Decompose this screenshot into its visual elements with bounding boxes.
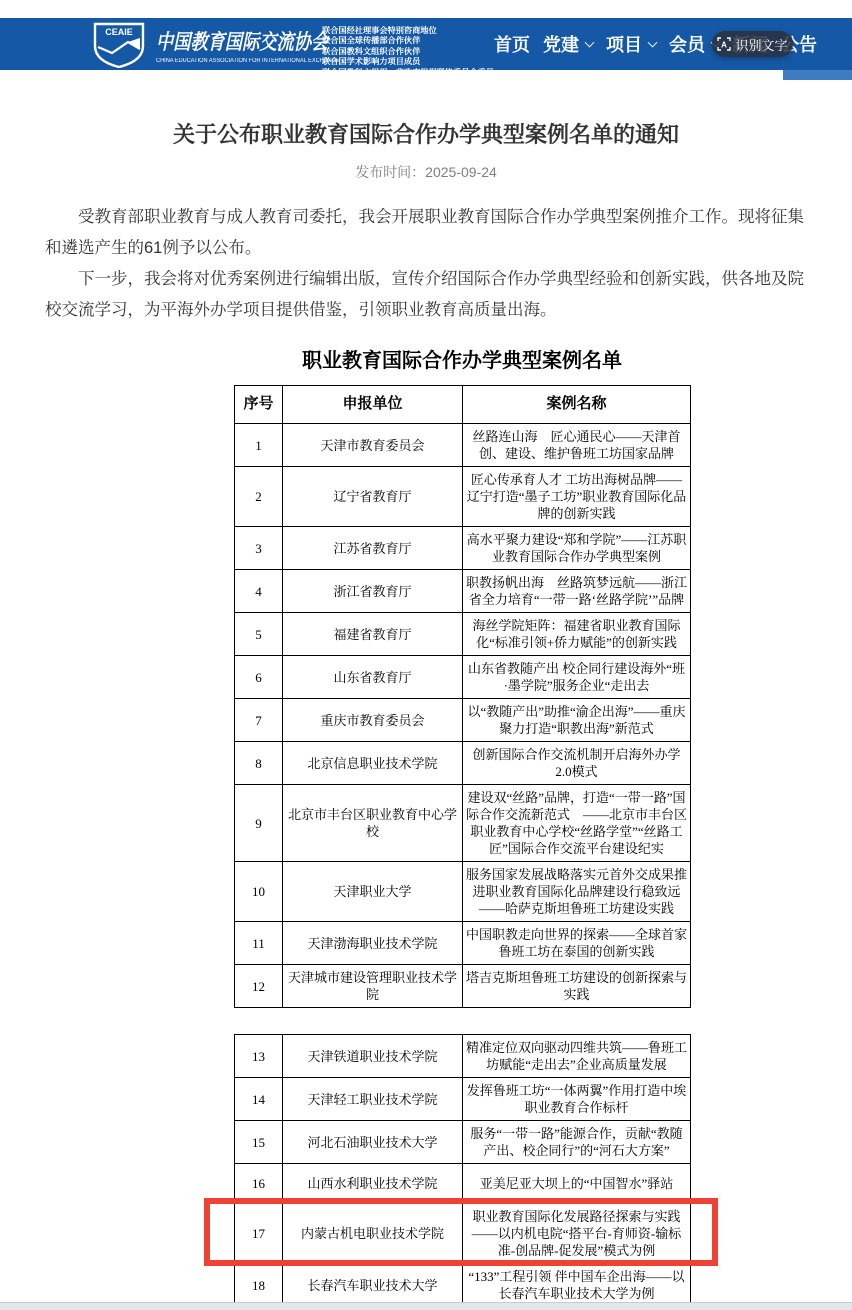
table-row: 13天津铁道职业技术学院精准定位双向驱动四维共筑——鲁班工坊赋能“走出去”企业高… — [235, 1035, 691, 1078]
nav-item-首页[interactable]: 首页 — [494, 31, 530, 57]
case-name: 亚美尼亚大坝上的“中国智水”驿站 — [463, 1164, 691, 1204]
row-number: 15 — [235, 1121, 283, 1164]
case-name: 高水平聚力建设“郑和学院”——江苏职业教育国际合作办学典型案例 — [463, 527, 691, 570]
org-name-cn: 中国教育国际交流协会 — [156, 26, 300, 56]
org-name-en: CHINA EDUCATION ASSOCIATION FOR INTERNAT… — [156, 58, 321, 64]
table-row: 2辽宁省教育厅匠心传承育人才 工坊出海树品牌——辽宁打造“墨子工坊”职业教育国际… — [235, 467, 691, 527]
row-number: 9 — [235, 785, 283, 862]
un-affiliation-line: 联合国全球传播部合作伙伴 — [322, 35, 494, 45]
table-row: 6山东省教育厅山东省教随产出 校企同行建设海外“班·墨学院”服务企业“走出去 — [235, 656, 691, 699]
unit-name: 江苏省教育厅 — [283, 527, 463, 570]
header-sub-tab — [783, 70, 852, 80]
case-table-part1: 序号 申报单位 案例名称 1天津市教育委员会丝路连山海 匠心通民心——天津首创、… — [234, 385, 691, 1008]
un-affiliation-line: 联合国教科文组织合作伙伴 — [322, 46, 494, 56]
case-name: 创新国际合作交流机制开启海外办学2.0模式 — [463, 742, 691, 785]
case-name: 海丝学院矩阵：福建省职业教育国际化“标准引领+侨力赋能”的创新实践 — [463, 613, 691, 656]
row-number: 5 — [235, 613, 283, 656]
case-name: 建设双“丝路”品牌，打造“一带一路”国际合作交流新范式 ——北京市丰台区职业教育… — [463, 785, 691, 862]
case-list-section: 职业教育国际合作办学典型案例名单 序号 申报单位 案例名称 1天津市教育委员会丝… — [234, 344, 690, 1307]
table-row: 15河北石油职业技术大学服务“一带一路”能源合作，贡献“教随产出、校企同行”的“… — [235, 1121, 691, 1164]
unit-name: 天津市教育委员会 — [283, 424, 463, 467]
article-body: 受教育部职业教育与成人教育司委托，我会开展职业教育国际合作办学典型案例推介工作。… — [45, 202, 820, 326]
table-row: 14天津轻工职业技术学院发挥鲁班工坊“一体两翼”作用打造中埃职业教育合作标杆 — [235, 1078, 691, 1121]
table-header-row: 序号 申报单位 案例名称 — [235, 386, 691, 424]
unit-name: 北京市丰台区职业教育中心学校 — [283, 785, 463, 862]
table-row: 10天津职业大学服务国家发展战略落实元首外交成果推进职业教育国际化品牌建设行稳致… — [235, 862, 691, 922]
ocr-tooltip[interactable]: A 识别文字 — [712, 31, 793, 57]
site-logo[interactable]: CEAIE 中国教育国际交流协会 CHINA EDUCATION ASSOCIA… — [92, 21, 332, 69]
page-title: 关于公布职业教育国际合作办学典型案例名单的通知 — [30, 118, 822, 149]
unit-name: 河北石油职业技术大学 — [283, 1121, 463, 1164]
site-header: CEAIE 中国教育国际交流协会 CHINA EDUCATION ASSOCIA… — [0, 18, 852, 70]
publish-time: 发布时间：2025-09-24 — [0, 162, 852, 182]
table-row: 8北京信息职业技术学院创新国际合作交流机制开启海外办学2.0模式 — [235, 742, 691, 785]
svg-text:CEAIE: CEAIE — [105, 27, 133, 37]
org-names: 中国教育国际交流协会 CHINA EDUCATION ASSOCIATION F… — [156, 26, 332, 64]
un-affiliation-line: 联合国经社理事会特别咨商地位 — [322, 25, 494, 35]
case-name: 发挥鲁班工坊“一体两翼”作用打造中埃职业教育合作标杆 — [463, 1078, 691, 1121]
table-row: 1天津市教育委员会丝路连山海 匠心通民心——天津首创、建设、维护鲁班工坊国家品牌 — [235, 424, 691, 467]
row-number: 6 — [235, 656, 283, 699]
unit-name: 天津渤海职业技术学院 — [283, 922, 463, 965]
ocr-tooltip-label: 识别文字 — [735, 35, 787, 54]
row-number: 3 — [235, 527, 283, 570]
article-paragraph: 受教育部职业教育与成人教育司委托，我会开展职业教育国际合作办学典型案例推介工作。… — [45, 202, 820, 264]
case-name: 职教扬帆出海 丝路筑梦远航——浙江省全力培育“一带一路‘丝路学院’”品牌 — [463, 570, 691, 613]
column-header-no: 序号 — [235, 386, 283, 424]
nav-item-项目[interactable]: 项目 — [606, 31, 656, 57]
row-number: 13 — [235, 1035, 283, 1078]
unit-name: 山西水利职业技术学院 — [283, 1164, 463, 1204]
table-row: 9北京市丰台区职业教育中心学校建设双“丝路”品牌，打造“一带一路”国际合作交流新… — [235, 785, 691, 862]
unit-name: 福建省教育厅 — [283, 613, 463, 656]
svg-text:A: A — [722, 41, 728, 50]
nav-item-label: 项目 — [606, 31, 642, 57]
text-recognition-icon: A — [717, 37, 731, 51]
unit-name: 天津城市建设管理职业技术学院 — [283, 965, 463, 1008]
case-name: 精准定位双向驱动四维共筑——鲁班工坊赋能“走出去”企业高质量发展 — [463, 1035, 691, 1078]
case-name: 丝路连山海 匠心通民心——天津首创、建设、维护鲁班工坊国家品牌 — [463, 424, 691, 467]
row-number: 17 — [235, 1204, 283, 1264]
case-name: 职业教育国际化发展路径探索与实践——以内机电院“搭平台-育师资-输标准-创品牌-… — [463, 1204, 691, 1264]
row-number: 2 — [235, 467, 283, 527]
chevron-down-icon — [648, 37, 658, 47]
case-list-title: 职业教育国际合作办学典型案例名单 — [234, 344, 690, 373]
case-name: 山东省教随产出 校企同行建设海外“班·墨学院”服务企业“走出去 — [463, 656, 691, 699]
row-number: 14 — [235, 1078, 283, 1121]
unit-name: 内蒙古机电职业技术学院 — [283, 1204, 463, 1264]
nav-item-label: 首页 — [494, 31, 530, 57]
unit-name: 长春汽车职业技术大学 — [283, 1264, 463, 1307]
un-affiliation-line: 联合国教科文组织—非政府组织联络委员会委员 — [322, 67, 494, 77]
row-number: 4 — [235, 570, 283, 613]
unit-name: 山东省教育厅 — [283, 656, 463, 699]
case-name: 服务国家发展战略落实元首外交成果推进职业教育国际化品牌建设行稳致远——哈萨克斯坦… — [463, 862, 691, 922]
nav-item-党建[interactable]: 党建 — [543, 31, 593, 57]
chevron-down-icon — [585, 37, 595, 47]
row-number: 7 — [235, 699, 283, 742]
table-row: 4浙江省教育厅职教扬帆出海 丝路筑梦远航——浙江省全力培育“一带一路‘丝路学院’… — [235, 570, 691, 613]
row-number: 12 — [235, 965, 283, 1008]
unit-name: 天津轻工职业技术学院 — [283, 1078, 463, 1121]
row-number: 18 — [235, 1264, 283, 1307]
case-table-part2: 13天津铁道职业技术学院精准定位双向驱动四维共筑——鲁班工坊赋能“走出去”企业高… — [234, 1034, 691, 1307]
unit-name: 浙江省教育厅 — [283, 570, 463, 613]
unit-name: 北京信息职业技术学院 — [283, 742, 463, 785]
case-name: 塔吉克斯坦鲁班工坊建设的创新探索与实践 — [463, 965, 691, 1008]
case-name: 服务“一带一路”能源合作，贡献“教随产出、校企同行”的“河石大方案” — [463, 1121, 691, 1164]
page-bottom-divider — [0, 1302, 852, 1310]
table-row: 3江苏省教育厅高水平聚力建设“郑和学院”——江苏职业教育国际合作办学典型案例 — [235, 527, 691, 570]
unit-name: 重庆市教育委员会 — [283, 699, 463, 742]
case-name: 中国职教走向世界的探索——全球首家鲁班工坊在泰国的创新实践 — [463, 922, 691, 965]
case-name: 以“教随产出”助推“渝企出海”——重庆聚力打造“职教出海”新范式 — [463, 699, 691, 742]
row-number: 16 — [235, 1164, 283, 1204]
table-row: 5福建省教育厅海丝学院矩阵：福建省职业教育国际化“标准引领+侨力赋能”的创新实践 — [235, 613, 691, 656]
row-number: 10 — [235, 862, 283, 922]
table-row: 16山西水利职业技术学院亚美尼亚大坝上的“中国智水”驿站 — [235, 1164, 691, 1204]
unit-name: 天津职业大学 — [283, 862, 463, 922]
table-row: 7重庆市教育委员会以“教随产出”助推“渝企出海”——重庆聚力打造“职教出海”新范… — [235, 699, 691, 742]
column-header-case: 案例名称 — [463, 386, 691, 424]
case-name: 匠心传承育人才 工坊出海树品牌——辽宁打造“墨子工坊”职业教育国际化品牌的创新实… — [463, 467, 691, 527]
table-row: 18长春汽车职业技术大学“133”工程引领 伴中国车企出海——以长春汽车职业技术… — [235, 1264, 691, 1307]
nav-item-label: 会员 — [669, 31, 705, 57]
table-row: 11天津渤海职业技术学院中国职教走向世界的探索——全球首家鲁班工坊在泰国的创新实… — [235, 922, 691, 965]
nav-item-label: 党建 — [543, 31, 579, 57]
unit-name: 天津铁道职业技术学院 — [283, 1035, 463, 1078]
row-number: 8 — [235, 742, 283, 785]
article-paragraph: 下一步，我会将对优秀案例进行编辑出版，宣传介绍国际合作办学典型经验和创新实践，供… — [45, 264, 820, 326]
table-row: 17内蒙古机电职业技术学院职业教育国际化发展路径探索与实践——以内机电院“搭平台… — [235, 1204, 691, 1264]
un-affiliation-list: 联合国经社理事会特别咨商地位联合国全球传播部合作伙伴联合国教科文组织合作伙伴联合… — [322, 25, 494, 77]
column-header-unit: 申报单位 — [283, 386, 463, 424]
row-number: 1 — [235, 424, 283, 467]
case-name: “133”工程引领 伴中国车企出海——以长春汽车职业技术大学为例 — [463, 1264, 691, 1307]
table-row: 12天津城市建设管理职业技术学院塔吉克斯坦鲁班工坊建设的创新探索与实践 — [235, 965, 691, 1008]
unit-name: 辽宁省教育厅 — [283, 467, 463, 527]
row-number: 11 — [235, 922, 283, 965]
ceaie-shield-icon: CEAIE — [92, 22, 146, 68]
un-affiliation-line: 联合国学术影响力项目成员 — [322, 56, 494, 66]
